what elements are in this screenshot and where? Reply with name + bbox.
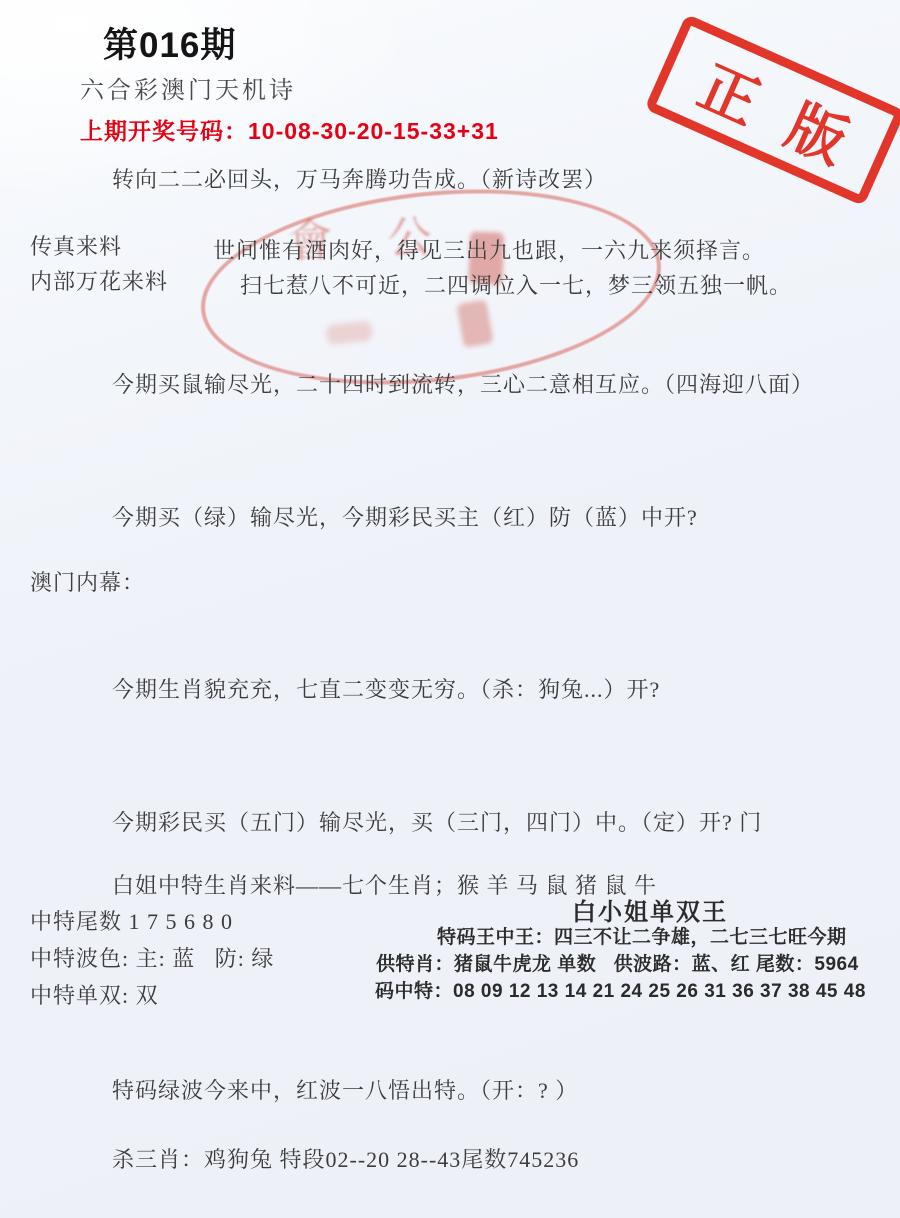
page-subtitle: 六合彩澳门天机诗 <box>80 70 296 105</box>
seal-emblem-mark <box>456 299 493 348</box>
supply-zodiac-line: 供特肖：猪鼠牛虎龙 单数 供波路：蓝、红 尾数：5964 <box>376 949 859 976</box>
special-odd-even: 中特单双: 双 <box>30 979 159 1010</box>
green-wave-line: 特码绿波今来中，红波一八悟出特。（开：? ） <box>112 1074 578 1105</box>
poem-line-intro: 转向二二必回头，万马奔腾功告成。（新诗改罢） <box>112 163 607 194</box>
lottery-tip-sheet: 會公 正版 第016期 六合彩澳门天机诗 上期开奖号码：10-08-30-20-… <box>0 0 900 1218</box>
seal-emblem-mark <box>325 320 373 345</box>
genuine-stamp: 正版 <box>644 14 900 207</box>
special-tail-numbers: 中特尾数 1 7 5 6 8 0 <box>30 905 233 936</box>
poem-line-zodiac: 今期买鼠输尽光，二十四时到流转，三心二意相互应。（四海迎八面） <box>112 368 814 399</box>
fax-material-text: 世间惟有酒肉好，得见三出九也跟，一六九来须择言。 <box>213 234 765 265</box>
genuine-stamp-label: 正版 <box>653 25 897 195</box>
kill-three-zodiac-line: 杀三肖：鸡狗兔 特段02--20 28--43尾数745236 <box>112 1143 579 1174</box>
special-king-line: 特码王中王：四三不让二争雄，二七三七旺今期 <box>437 922 847 949</box>
poem-line-color: 今期买（绿）输尽光，今期彩民买主（红）防（蓝）中开? <box>112 501 698 532</box>
fax-material-label: 传真来料 <box>30 230 122 261</box>
internal-material-text: 扫七惹八不可近，二四调位入一七，梦三领五独一帆。 <box>240 269 792 300</box>
special-wave-color: 中特波色: 主: 蓝 防: 绿 <box>30 942 274 973</box>
poem-line-shengxiao: 今期生肖貌充充，七直二变变无穷。（杀：狗兔...）开? <box>112 673 660 704</box>
macau-insider-label: 澳门内幕： <box>30 566 145 597</box>
internal-material-label: 内部万花来料 <box>30 265 168 296</box>
special-numbers-line: 码中特：08 09 12 13 14 21 24 25 26 31 36 37 … <box>375 976 866 1003</box>
last-draw-numbers: 上期开奖号码：10-08-30-20-15-33+31 <box>80 113 499 146</box>
issue-number-title: 第016期 <box>103 18 236 68</box>
poem-line-doors: 今期彩民买（五门）输尽光，买（三门，四门）中。（定）开? 门 <box>112 806 762 837</box>
